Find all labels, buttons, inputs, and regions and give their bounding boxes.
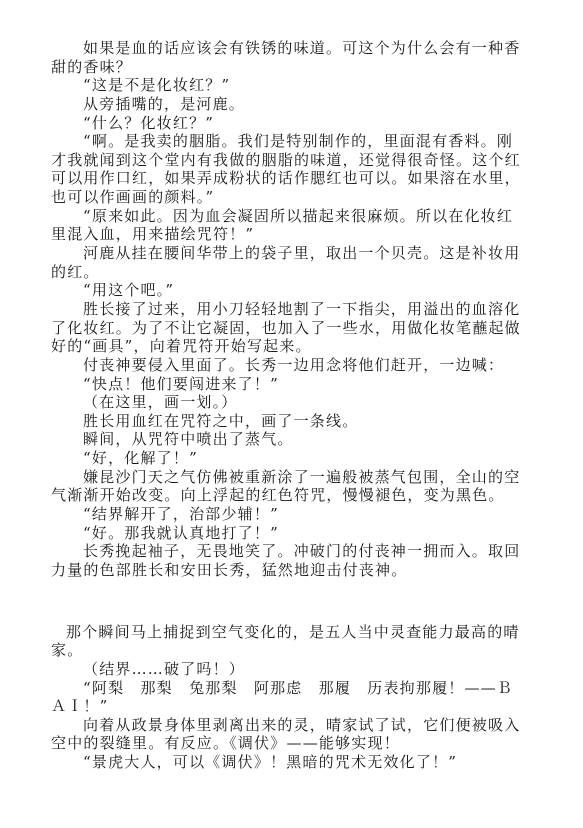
text-line: 力量的色部胜长和安田长秀，猛然地迎击付丧神。 bbox=[51, 561, 531, 580]
text-line: 嫌昆沙门天之气仿佛被重新涂了一遍般被蒸气包围，全山的空 bbox=[51, 468, 531, 487]
text-line: 河鹿从挂在腰间华带上的袋子里，取出一个贝壳。这是补妆用 bbox=[51, 244, 531, 263]
text-line: 向着从政景身体里剥离出来的灵，晴家试了试，它们便被吸入 bbox=[51, 716, 531, 735]
text-line: 从旁插嘴的，是河鹿。 bbox=[51, 95, 531, 114]
text-line: “阿梨 那梨 兔那梨 阿那虑 那履 历表拘那履！——Ｂ bbox=[51, 679, 531, 698]
text-line: “快点！他们要闯进来了！” bbox=[51, 375, 531, 394]
text-line: 家。 bbox=[51, 641, 531, 660]
text-line: “好。那我就认真地打了！” bbox=[51, 524, 531, 543]
text-line: 长秀挽起袖子，无畏地笑了。冲破门的付丧神一拥而入。取回 bbox=[51, 542, 531, 561]
text-line: 也可以作画画的颜料。” bbox=[51, 188, 531, 207]
text-line: 才我就闻到这个堂内有我做的胭脂的味道，还觉得很奇怪。这个红 bbox=[51, 151, 531, 170]
section-break bbox=[51, 580, 531, 623]
section-2: 那个瞬间马上捕捉到空气变化的，是五人当中灵查能力最高的晴 家。 （结界……破了吗… bbox=[51, 623, 531, 772]
section-1: 如果是血的话应该会有铁锈的味道。可这个为什么会有一种香 甜的香味？ “这是不是化… bbox=[51, 39, 531, 580]
text-line: 瞬间，从咒符中喷出了蒸气。 bbox=[51, 430, 531, 449]
text-line: “啊。是我卖的胭脂。我们是特别制作的，里面混有香料。刚 bbox=[51, 132, 531, 151]
text-line: 甜的香味？ bbox=[51, 58, 531, 77]
text-line: “原来如此。因为血会凝固所以描起来很麻烦。所以在化妆红 bbox=[51, 207, 531, 226]
text-line: 的红。 bbox=[51, 263, 531, 282]
text-line: （结界……破了吗！） bbox=[51, 660, 531, 679]
text-line: “什么？化妆红？” bbox=[51, 114, 531, 133]
text-line: “用这个吧。” bbox=[51, 281, 531, 300]
text-line: 了化妆红。为了不让它凝固，也加入了一些水，用做化妆笔蘸起做 bbox=[51, 319, 531, 338]
text-line: 付丧神要侵入里面了。长秀一边用念将他们赶开，一边喊： bbox=[51, 356, 531, 375]
text-line: “结界解开了，治部少辅！” bbox=[51, 505, 531, 524]
text-line: 里混入血，用来描绘咒符！” bbox=[51, 225, 531, 244]
text-line: （在这里，画一划。） bbox=[51, 393, 531, 412]
text-line: ＡＩ！” bbox=[51, 697, 531, 716]
text-line: 气渐渐开始改变。向上浮起的红色符咒，慢慢褪色，变为黑色。 bbox=[51, 486, 531, 505]
document-page: 如果是血的话应该会有铁锈的味道。可这个为什么会有一种香 甜的香味？ “这是不是化… bbox=[51, 39, 531, 772]
text-line: 空中的裂缝里。有反应。《调伏》——能够实现！ bbox=[51, 734, 531, 753]
text-line: “好，化解了！” bbox=[51, 449, 531, 468]
text-line: “景虎大人，可以《调伏》！黑暗的咒术无效化了！” bbox=[51, 753, 531, 772]
text-line: 那个瞬间马上捕捉到空气变化的，是五人当中灵查能力最高的晴 bbox=[51, 623, 531, 642]
text-line: 胜长接了过来，用小刀轻轻地割了一下指尖，用溢出的血溶化 bbox=[51, 300, 531, 319]
text-line: 可以用作口红，如果弄成粉状的话作腮红也可以。如果溶在水里， bbox=[51, 169, 531, 188]
text-line: 胜长用血红在咒符之中，画了一条线。 bbox=[51, 412, 531, 431]
text-line: 如果是血的话应该会有铁锈的味道。可这个为什么会有一种香 bbox=[51, 39, 531, 58]
text-line: “这是不是化妆红？” bbox=[51, 76, 531, 95]
text-line: 好的“画具”，向着咒符开始写起来。 bbox=[51, 337, 531, 356]
